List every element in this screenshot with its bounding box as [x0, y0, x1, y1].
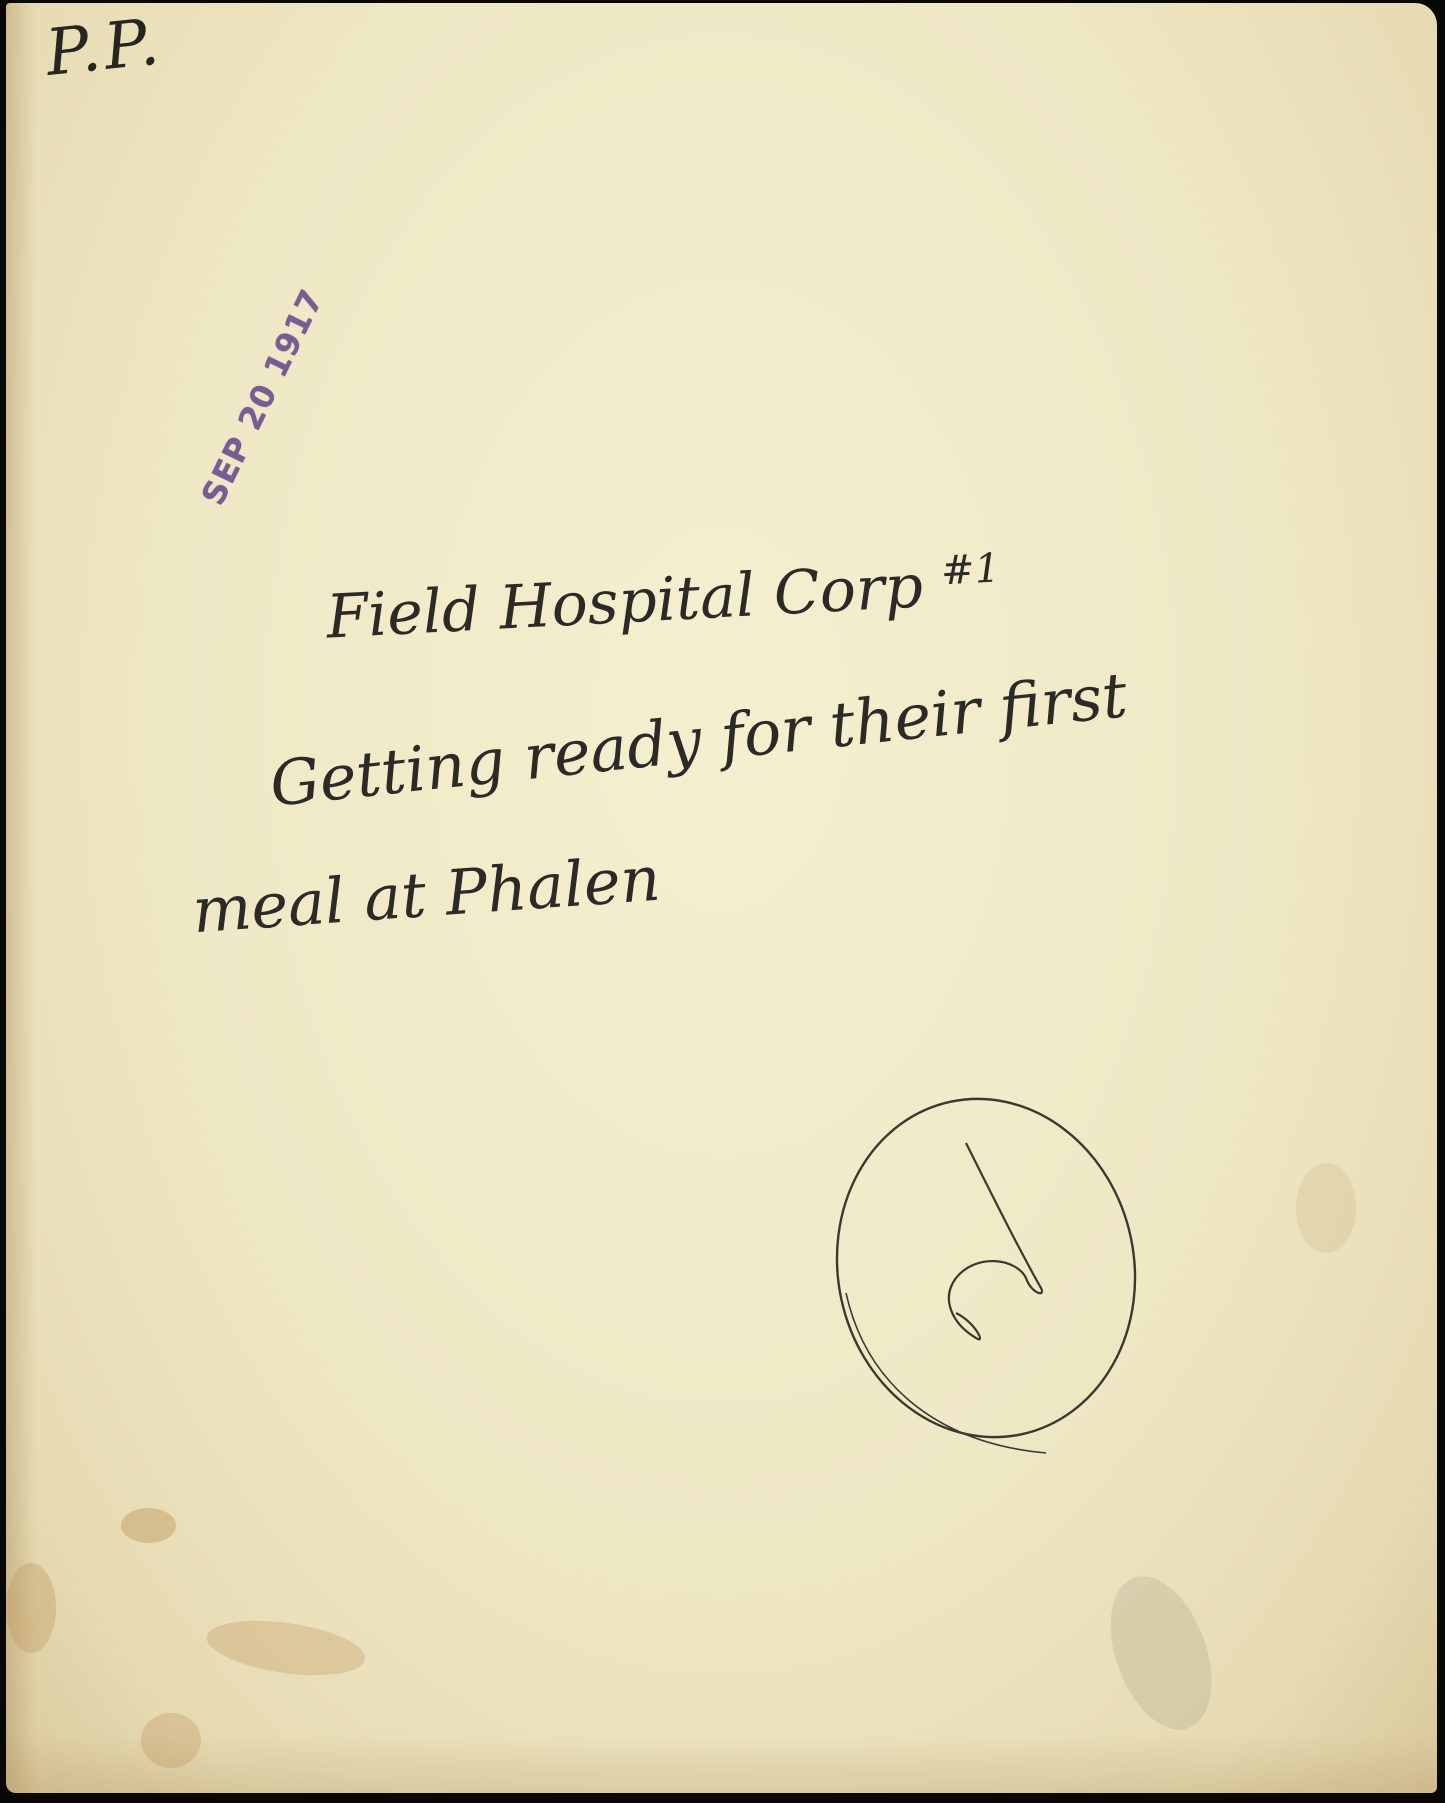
caption-line-1: Field Hospital Corp #1 [325, 545, 1003, 652]
circled-number-mark [826, 1083, 1146, 1463]
caption-line-3: meal at Phalen [190, 842, 663, 948]
caption-line-1-text: Field Hospital Corp [325, 551, 925, 652]
card-edge-shading-bottom [6, 1733, 1437, 1793]
photo-card-back: P.P. SEP 20 1917 Field Hospital Corp #1 … [6, 3, 1437, 1793]
card-edge-shading [6, 3, 36, 1793]
initials-annotation: P.P. [42, 5, 166, 91]
stain-spot [121, 1508, 176, 1543]
date-stamp: SEP 20 1917 [194, 283, 331, 511]
caption-line-2: Getting ready for their first [267, 658, 1131, 821]
pencil-smudge [1091, 1562, 1230, 1743]
caption-number: #1 [940, 545, 1001, 594]
fingerprint-smudge [203, 1612, 368, 1684]
stain-spot [1296, 1163, 1356, 1253]
